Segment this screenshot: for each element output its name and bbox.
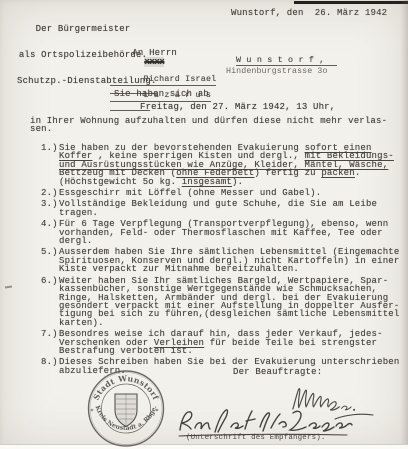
recipient-city: W u n s t o r f , (236, 56, 337, 66)
item-text: Sie haben zu der bevorstehenden Evakuier… (59, 144, 394, 186)
item-number: 3.) (41, 200, 59, 217)
item-text-segment: packen (321, 168, 355, 178)
item-text: Vollständige Bekleidung und gute Schuhe,… (59, 200, 377, 217)
item-text: Weiter haben Sie Ihr sämtliches Bargeld,… (59, 277, 399, 327)
item-text-segment: Für 6 Tage Verpflegung (Transportverpfle… (59, 219, 388, 246)
sender-line-1: Der Bürgermeister (17, 25, 149, 34)
scan-edge-right-shadow (400, 0, 408, 449)
stamp-star-right-icon: ✶ (155, 407, 159, 414)
order-item-3: 3.)Vollständige Bekleidung und gute Schu… (41, 200, 397, 217)
scan-edge-bottom-strip (0, 444, 408, 449)
recipient-first-names: Richard Israel (144, 74, 217, 84)
item-text-segment: Essgeschirr mit Löffel (ohne Messer und … (59, 188, 321, 198)
item-number: 2.) (41, 189, 59, 197)
order-item-1: 1.)Sie haben zu der bevorstehenden Evaku… (41, 144, 397, 186)
item-number: 1.) (41, 144, 59, 186)
intro-line-2: Freitag, den 27. März 1942, 13 Uhr, (140, 103, 335, 111)
stamp-star-left-icon: ✶ (90, 407, 94, 414)
scan-edge-mark-top (294, 1, 408, 4)
item-number: 7.) (41, 330, 59, 355)
item-number: 6.) (41, 277, 59, 327)
item-text-segment: ). (232, 177, 243, 187)
item-number: 8.) (41, 358, 59, 375)
stamp-coat-of-arms (115, 394, 137, 427)
document-page: Der Bürgermeister als Ortspolizeibehörde… (0, 0, 408, 449)
item-text-segment: ) fertig zu (254, 168, 321, 178)
intro-paragraph: in Ihrer Wohnung aufzuhalten und dürfen … (30, 117, 387, 134)
item-text-segment: Ausserdem haben Sie Ihre sämtlichen Lebe… (59, 247, 399, 274)
order-item-4: 4.)Für 6 Tage Verpflegung (Transportverp… (41, 220, 397, 245)
signature-caption: (Unterschrift des Empfängers). (186, 434, 326, 442)
struck-name: xxxx (144, 57, 164, 67)
order-item-7: 7.)Besondres weise ich darauf hin, dass … (41, 330, 397, 355)
intro-line-1: Sie haben sich ab (114, 90, 209, 98)
recipient-street: Hindenburgstrasse 3o (226, 67, 328, 76)
item-text: Essgeschirr mit Löffel (ohne Messer und … (59, 189, 321, 197)
dateline: Wunstorf, den 26. März 1942 (231, 9, 387, 17)
item-text: Für 6 Tage Verpflegung (Transportverpfle… (59, 220, 388, 245)
item-number: 5.) (41, 248, 59, 273)
closing-label: Der Beauftragte: (233, 368, 322, 376)
item-text-segment: insgesamt (182, 177, 232, 187)
scan-mark-left-margin (5, 286, 12, 289)
order-item-6: 6.)Weiter haben Sie Ihr sämtliches Barge… (41, 277, 397, 327)
order-item-5: 5.)Ausserdem haben Sie Ihre sämtlichen L… (41, 248, 397, 273)
item-text: Ausserdem haben Sie Ihre sämtlichen Lebe… (59, 248, 399, 273)
city-seal-stamp: Stadt Wunstorf Kreis Neustadt a. Rbge. ✶… (84, 369, 168, 448)
order-item-2: 2.)Essgeschirr mit Löffel (ohne Messer u… (41, 189, 397, 197)
item-text: Besondres weise ich darauf hin, dass jed… (59, 330, 383, 355)
item-text-segment: Weiter haben Sie Ihr sämtliches Bargeld,… (59, 276, 399, 328)
order-list: 1.)Sie haben zu der bevorstehenden Evaku… (41, 144, 397, 378)
item-text-segment: Vollständige Bekleidung und gute Schuhe,… (59, 199, 377, 217)
item-number: 4.) (41, 220, 59, 245)
